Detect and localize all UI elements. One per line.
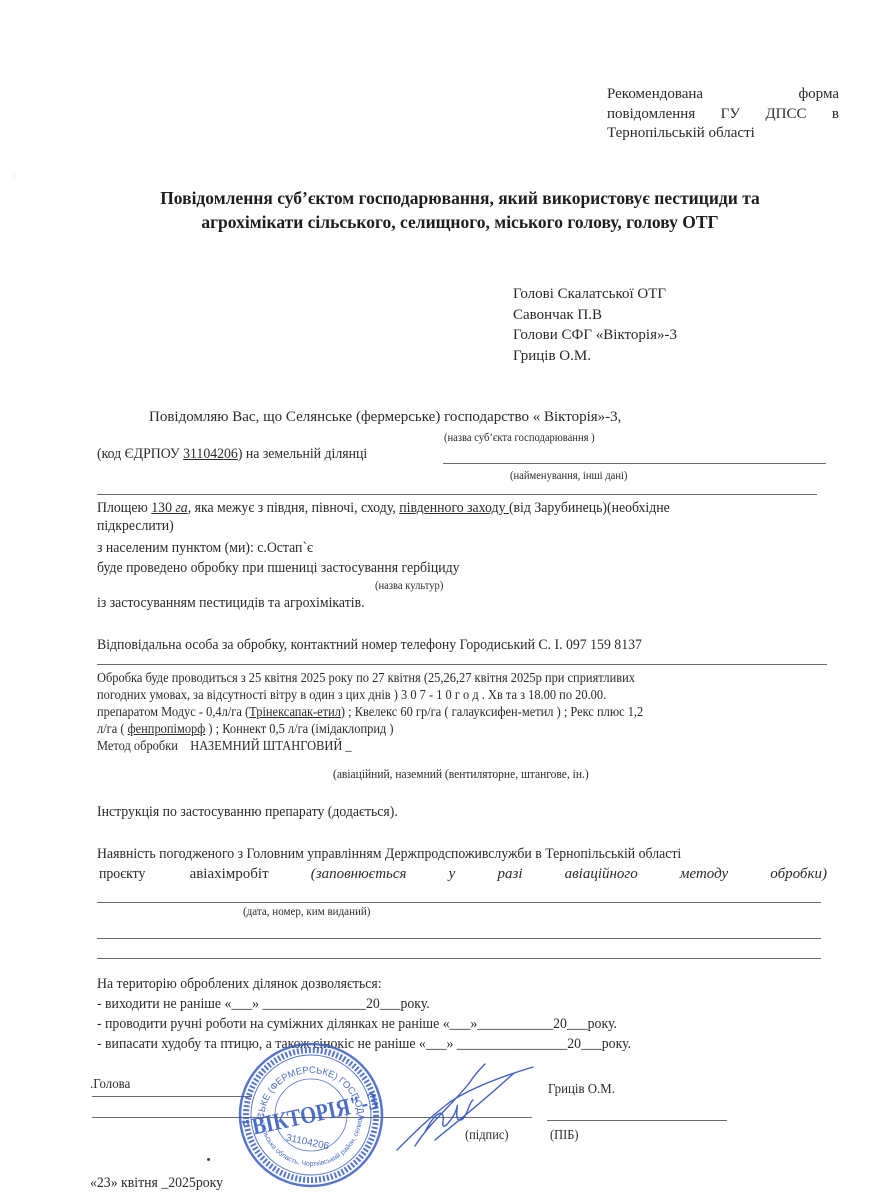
- responsible-underline: [97, 664, 827, 665]
- approval-word: разі: [497, 865, 522, 883]
- product-text: ) ; Квелекс 60 гр/га ( галауксифен-метил…: [341, 704, 643, 719]
- area-prefix: Площею: [97, 500, 151, 516]
- addressee-line: Савончак П.В: [513, 305, 677, 326]
- crop-caption: (назва культур): [375, 579, 443, 593]
- addressee-line: Гриців О.М.: [513, 346, 677, 367]
- product-text: л/га (: [97, 721, 128, 736]
- title-line-1: Повідомлення суб’єктом господарювання, я…: [100, 186, 820, 210]
- method-value: НАЗЕМНИЙ ШТАНГОВИЙ: [190, 738, 342, 753]
- land-plot-field[interactable]: [443, 463, 826, 464]
- edrpou-prefix: (код ЄДРПОУ: [97, 446, 183, 462]
- name-caption: (ПІБ): [550, 1126, 579, 1144]
- approval-field-line-3[interactable]: [97, 958, 821, 959]
- document-title: Повідомлення суб’єктом господарювання, я…: [100, 186, 820, 234]
- organization-stamp: СЕЛЯНСЬКЕ (ФЕРМЕРСЬКЕ) ГОСПОДАРСТВО Укра…: [236, 1040, 386, 1190]
- edrpou-value: 31104206: [183, 446, 238, 462]
- addressee-line: Голові Скалатської ОТГ: [513, 284, 677, 305]
- rec-word: ДПСС: [765, 105, 806, 125]
- area-text: , яка межує з півдня, півночі, сходу,: [188, 500, 400, 516]
- land-plot-field-line-2[interactable]: [97, 494, 817, 495]
- recommendation-line-1: Рекомендована форма: [607, 85, 839, 105]
- approval-line-2: проєкту авіахімробіт (заповнюється у раз…: [97, 865, 827, 883]
- dot-mark: [207, 1158, 210, 1161]
- approval-field[interactable]: [97, 902, 821, 903]
- area-unit: га: [175, 500, 187, 516]
- rec-word: ГУ: [721, 105, 740, 125]
- crop-line: буде проведено обробку при пшениці засто…: [97, 559, 460, 577]
- land-caption: (найменування, інші дані): [510, 469, 627, 483]
- rec-word: в: [832, 105, 839, 125]
- active-ingredient: Трінексапак-етил: [249, 704, 341, 719]
- addressee-line: Голови СФГ «Вікторія»-3: [513, 325, 677, 346]
- approval-field-line-2[interactable]: [97, 938, 821, 939]
- method-label: Метод обробки: [97, 738, 190, 753]
- approval-caption: (дата, номер, ким виданий): [243, 904, 370, 918]
- product-text: препаратом Модус - 0,4л/га (: [97, 704, 249, 719]
- approval-word: авіахімробіт: [190, 865, 269, 883]
- scan-artifact: [14, 172, 20, 179]
- intro-text: Повідомляю Вас, що Селянське (фермерське…: [149, 408, 621, 426]
- allowed-item-manual-work: - проводити ручні роботи на суміжних діл…: [97, 1015, 617, 1033]
- allowed-item-exit: - виходити не раніше «___» _____________…: [97, 995, 430, 1013]
- treatment-paragraph: Обробка буде проводиться з 25 квітня 202…: [97, 669, 643, 754]
- responsible-person: Відповідальна особа за обробку, контактн…: [97, 636, 642, 654]
- svg-text:31104206: 31104206: [285, 1133, 331, 1153]
- signature-icon: [395, 1062, 535, 1152]
- treatment-line-2: погодних умовах, за відсутності вітру в …: [97, 686, 643, 703]
- active-ingredient: фенпропіморф: [128, 721, 206, 736]
- signer-name: Гриців О.М.: [548, 1081, 615, 1099]
- recommendation-line-3: Тернопільській області: [607, 124, 839, 144]
- area-value: 130: [151, 500, 175, 516]
- rec-word: повідомлення: [607, 105, 695, 125]
- recommendation-line-2: повідомлення ГУ ДПСС в: [607, 105, 839, 125]
- intro-caption: (назва суб’єкта господарювання ): [444, 431, 595, 445]
- area-value-wrap: 130 га: [151, 500, 187, 516]
- edrpou-line: (код ЄДРПОУ 31104206) на земельній ділян…: [97, 445, 367, 463]
- treatment-line-4: л/га ( фенпропіморф ) ; Коннект 0,5 л/га…: [97, 720, 643, 737]
- product-text: ) ; Коннект 0,5 л/га (імідаклоприд ): [205, 721, 393, 736]
- allowed-header: На територію оброблених ділянок дозволяє…: [97, 975, 382, 993]
- document-date: «23» квітня _2025року: [90, 1174, 223, 1192]
- edrpou-suffix: ) на земельній ділянці: [238, 446, 367, 462]
- method-line: Метод обробки НАЗЕМНИЙ ШТАНГОВИЙ _: [97, 737, 643, 754]
- approval-word: методу: [680, 865, 728, 883]
- recommendation-note: Рекомендована форма повідомлення ГУ ДПСС…: [607, 85, 839, 144]
- stamp-icon: СЕЛЯНСЬКЕ (ФЕРМЕРСЬКЕ) ГОСПОДАРСТВО Укра…: [236, 1040, 386, 1190]
- treatment-line-3: препаратом Модус - 0,4л/га (Трінексапак-…: [97, 703, 643, 720]
- pesticides-line: із застосуванням пестицидів та агрохімік…: [97, 594, 365, 612]
- area-underlined-direction: південного заходу: [399, 500, 509, 516]
- role-line: [92, 1096, 252, 1097]
- handwritten-signature: [395, 1062, 535, 1152]
- approval-word: у: [449, 865, 456, 883]
- treatment-line-1: Обробка буде проводиться з 25 квітня 202…: [97, 669, 643, 686]
- area-tail: (від Зарубинець)(необхідне: [509, 500, 670, 516]
- settlement-line: з населеним пунктом (ми): с.Остап`є: [97, 539, 313, 557]
- area-line: Площею 130 га, яка межує з півдня, півно…: [97, 499, 670, 517]
- area-tail-2: підкреслити): [97, 517, 174, 535]
- approval-word: проєкту: [99, 865, 145, 883]
- instruction-line: Інструкція по застосуванню препарату (до…: [97, 803, 398, 821]
- name-line: [547, 1120, 727, 1121]
- approval-word: обробки): [770, 865, 827, 883]
- addressee-block: Голові Скалатської ОТГ Савончак П.В Голо…: [513, 284, 677, 366]
- method-caption: (авіаційний, наземний (вентиляторне, шта…: [333, 767, 589, 781]
- approval-word: авіаційного: [565, 865, 638, 883]
- role-label: .Голова: [90, 1076, 130, 1094]
- rec-word: Рекомендована: [607, 85, 703, 105]
- rec-word: форма: [798, 85, 839, 105]
- approval-line-1: Наявність погодженого з Головним управлі…: [97, 845, 681, 863]
- approval-word: (заповнюється: [311, 865, 407, 883]
- title-line-2: агрохімікати сільського, селищного, місь…: [100, 210, 820, 234]
